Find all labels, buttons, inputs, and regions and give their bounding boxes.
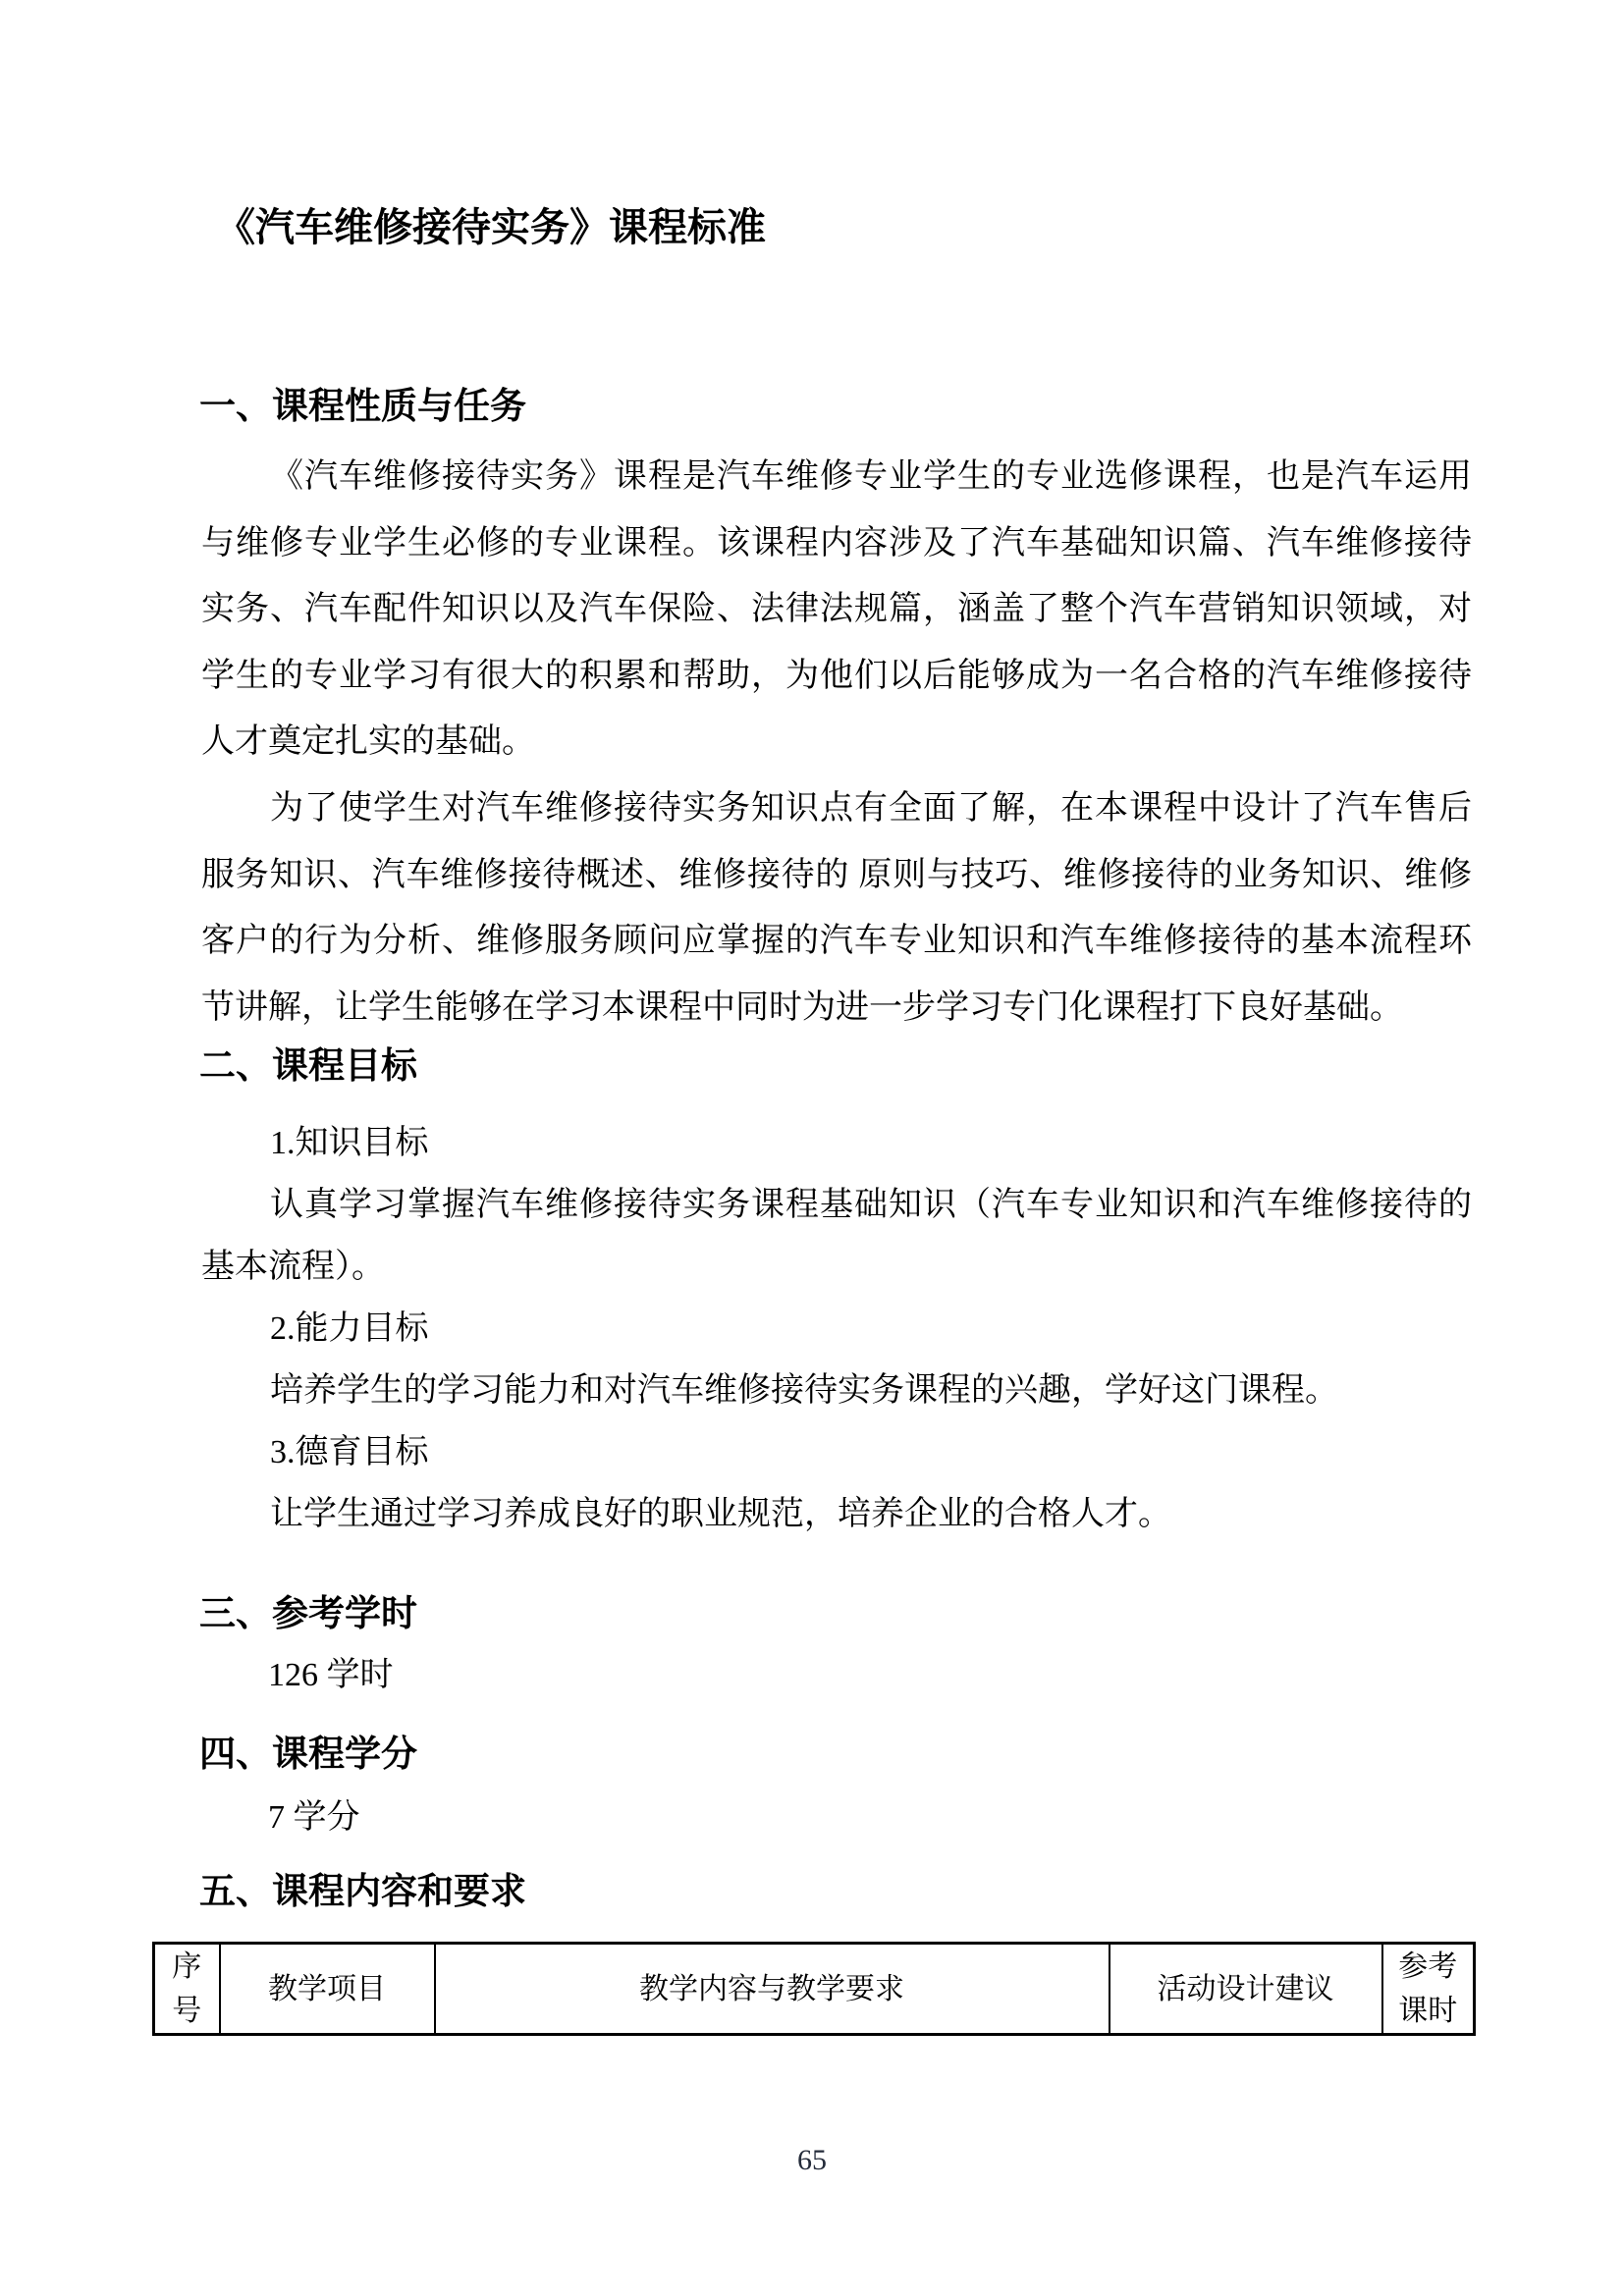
section-heading-1: 一、课程性质与任务 bbox=[199, 383, 526, 430]
header-line: 号 bbox=[155, 1989, 219, 2033]
header-line: 活动设计建议 bbox=[1110, 1967, 1381, 2011]
section-heading-5: 五、课程内容和要求 bbox=[199, 1868, 526, 1915]
goal-item-ability: 2.能力目标 bbox=[201, 1298, 1472, 1360]
goal-text-line: 基本流程）。 bbox=[201, 1236, 1472, 1298]
course-goals-list: 1.知识目标 认真学习掌握汽车维修接待实务课程基础知识（汽车专业知识和汽车维修接… bbox=[201, 1112, 1472, 1545]
table-header-row: 序 号 教学项目 教学内容与教学要求 活动设计建议 参考 课时 bbox=[154, 1944, 1475, 2035]
table-header-cell-project: 教学项目 bbox=[220, 1944, 435, 2035]
paragraph-course-nature-1: 《汽车维修接待实务》课程是汽车维修专业学生的专业选修课程，也是汽车运用 与维修专… bbox=[201, 444, 1472, 775]
goal-text-line: 让学生通过学习养成良好的职业规范，培养企业的合格人才。 bbox=[201, 1483, 1472, 1545]
goal-text-line: 培养学生的学习能力和对汽车维修接待实务课程的兴趣，学好这门课程。 bbox=[201, 1360, 1472, 1421]
section-heading-3: 三、参考学时 bbox=[199, 1590, 417, 1637]
course-content-table: 序 号 教学项目 教学内容与教学要求 活动设计建议 参考 课时 bbox=[152, 1942, 1476, 2036]
paragraph-line: 人才奠定扎实的基础。 bbox=[201, 709, 1472, 775]
goal-item-knowledge: 1.知识目标 bbox=[201, 1112, 1472, 1174]
header-line: 参考 bbox=[1383, 1945, 1474, 1989]
table-header-cell-hours: 参考 课时 bbox=[1382, 1944, 1475, 2035]
paragraph-line: 客户的行为分析、维修服务顾问应掌握的汽车专业知识和汽车维修接待的基本流程环 bbox=[201, 908, 1472, 975]
page-number: 65 bbox=[0, 2144, 1624, 2177]
reference-hours-value: 126 学时 bbox=[268, 1651, 394, 1700]
document-page: 《汽车维修接待实务》课程标准 一、课程性质与任务 《汽车维修接待实务》课程是汽车… bbox=[0, 0, 1624, 2296]
paragraph-line: 实务、汽车配件知识以及汽车保险、法律法规篇，涵盖了整个汽车营销知识领域，对 bbox=[201, 576, 1472, 643]
document-title: 《汽车维修接待实务》课程标准 bbox=[216, 199, 766, 256]
table-header-cell-content: 教学内容与教学要求 bbox=[435, 1944, 1110, 2035]
header-line: 序 bbox=[155, 1945, 219, 1989]
table-header-cell-index: 序 号 bbox=[154, 1944, 220, 2035]
paragraph-line: 为了使学生对汽车维修接待实务知识点有全面了解，在本课程中设计了汽车售后 bbox=[201, 775, 1472, 842]
paragraph-course-nature-2: 为了使学生对汽车维修接待实务知识点有全面了解，在本课程中设计了汽车售后 服务知识… bbox=[201, 775, 1472, 1041]
paragraph-line: 与维修专业学生必修的专业课程。该课程内容涉及了汽车基础知识篇、汽车维修接待 bbox=[201, 510, 1472, 577]
section-heading-2: 二、课程目标 bbox=[199, 1042, 417, 1090]
paragraph-line: 节讲解，让学生能够在学习本课程中同时为进一步学习专门化课程打下良好基础。 bbox=[201, 975, 1472, 1041]
course-credits-value: 7 学分 bbox=[268, 1793, 360, 1842]
paragraph-line: 学生的专业学习有很大的积累和帮助，为他们以后能够成为一名合格的汽车维修接待 bbox=[201, 643, 1472, 710]
goal-text-line: 认真学习掌握汽车维修接待实务课程基础知识（汽车专业知识和汽车维修接待的 bbox=[201, 1174, 1472, 1236]
header-line: 教学内容与教学要求 bbox=[436, 1967, 1109, 2011]
section-heading-4: 四、课程学分 bbox=[199, 1731, 417, 1778]
paragraph-line: 服务知识、汽车维修接待概述、维修接待的 原则与技巧、维修接待的业务知识、维修 bbox=[201, 842, 1472, 909]
goal-item-moral: 3.德育目标 bbox=[201, 1421, 1472, 1483]
header-line: 课时 bbox=[1383, 1989, 1474, 2033]
header-line: 教学项目 bbox=[221, 1967, 434, 2011]
paragraph-line: 《汽车维修接待实务》课程是汽车维修专业学生的专业选修课程，也是汽车运用 bbox=[201, 444, 1472, 510]
table-header-cell-activity: 活动设计建议 bbox=[1110, 1944, 1382, 2035]
